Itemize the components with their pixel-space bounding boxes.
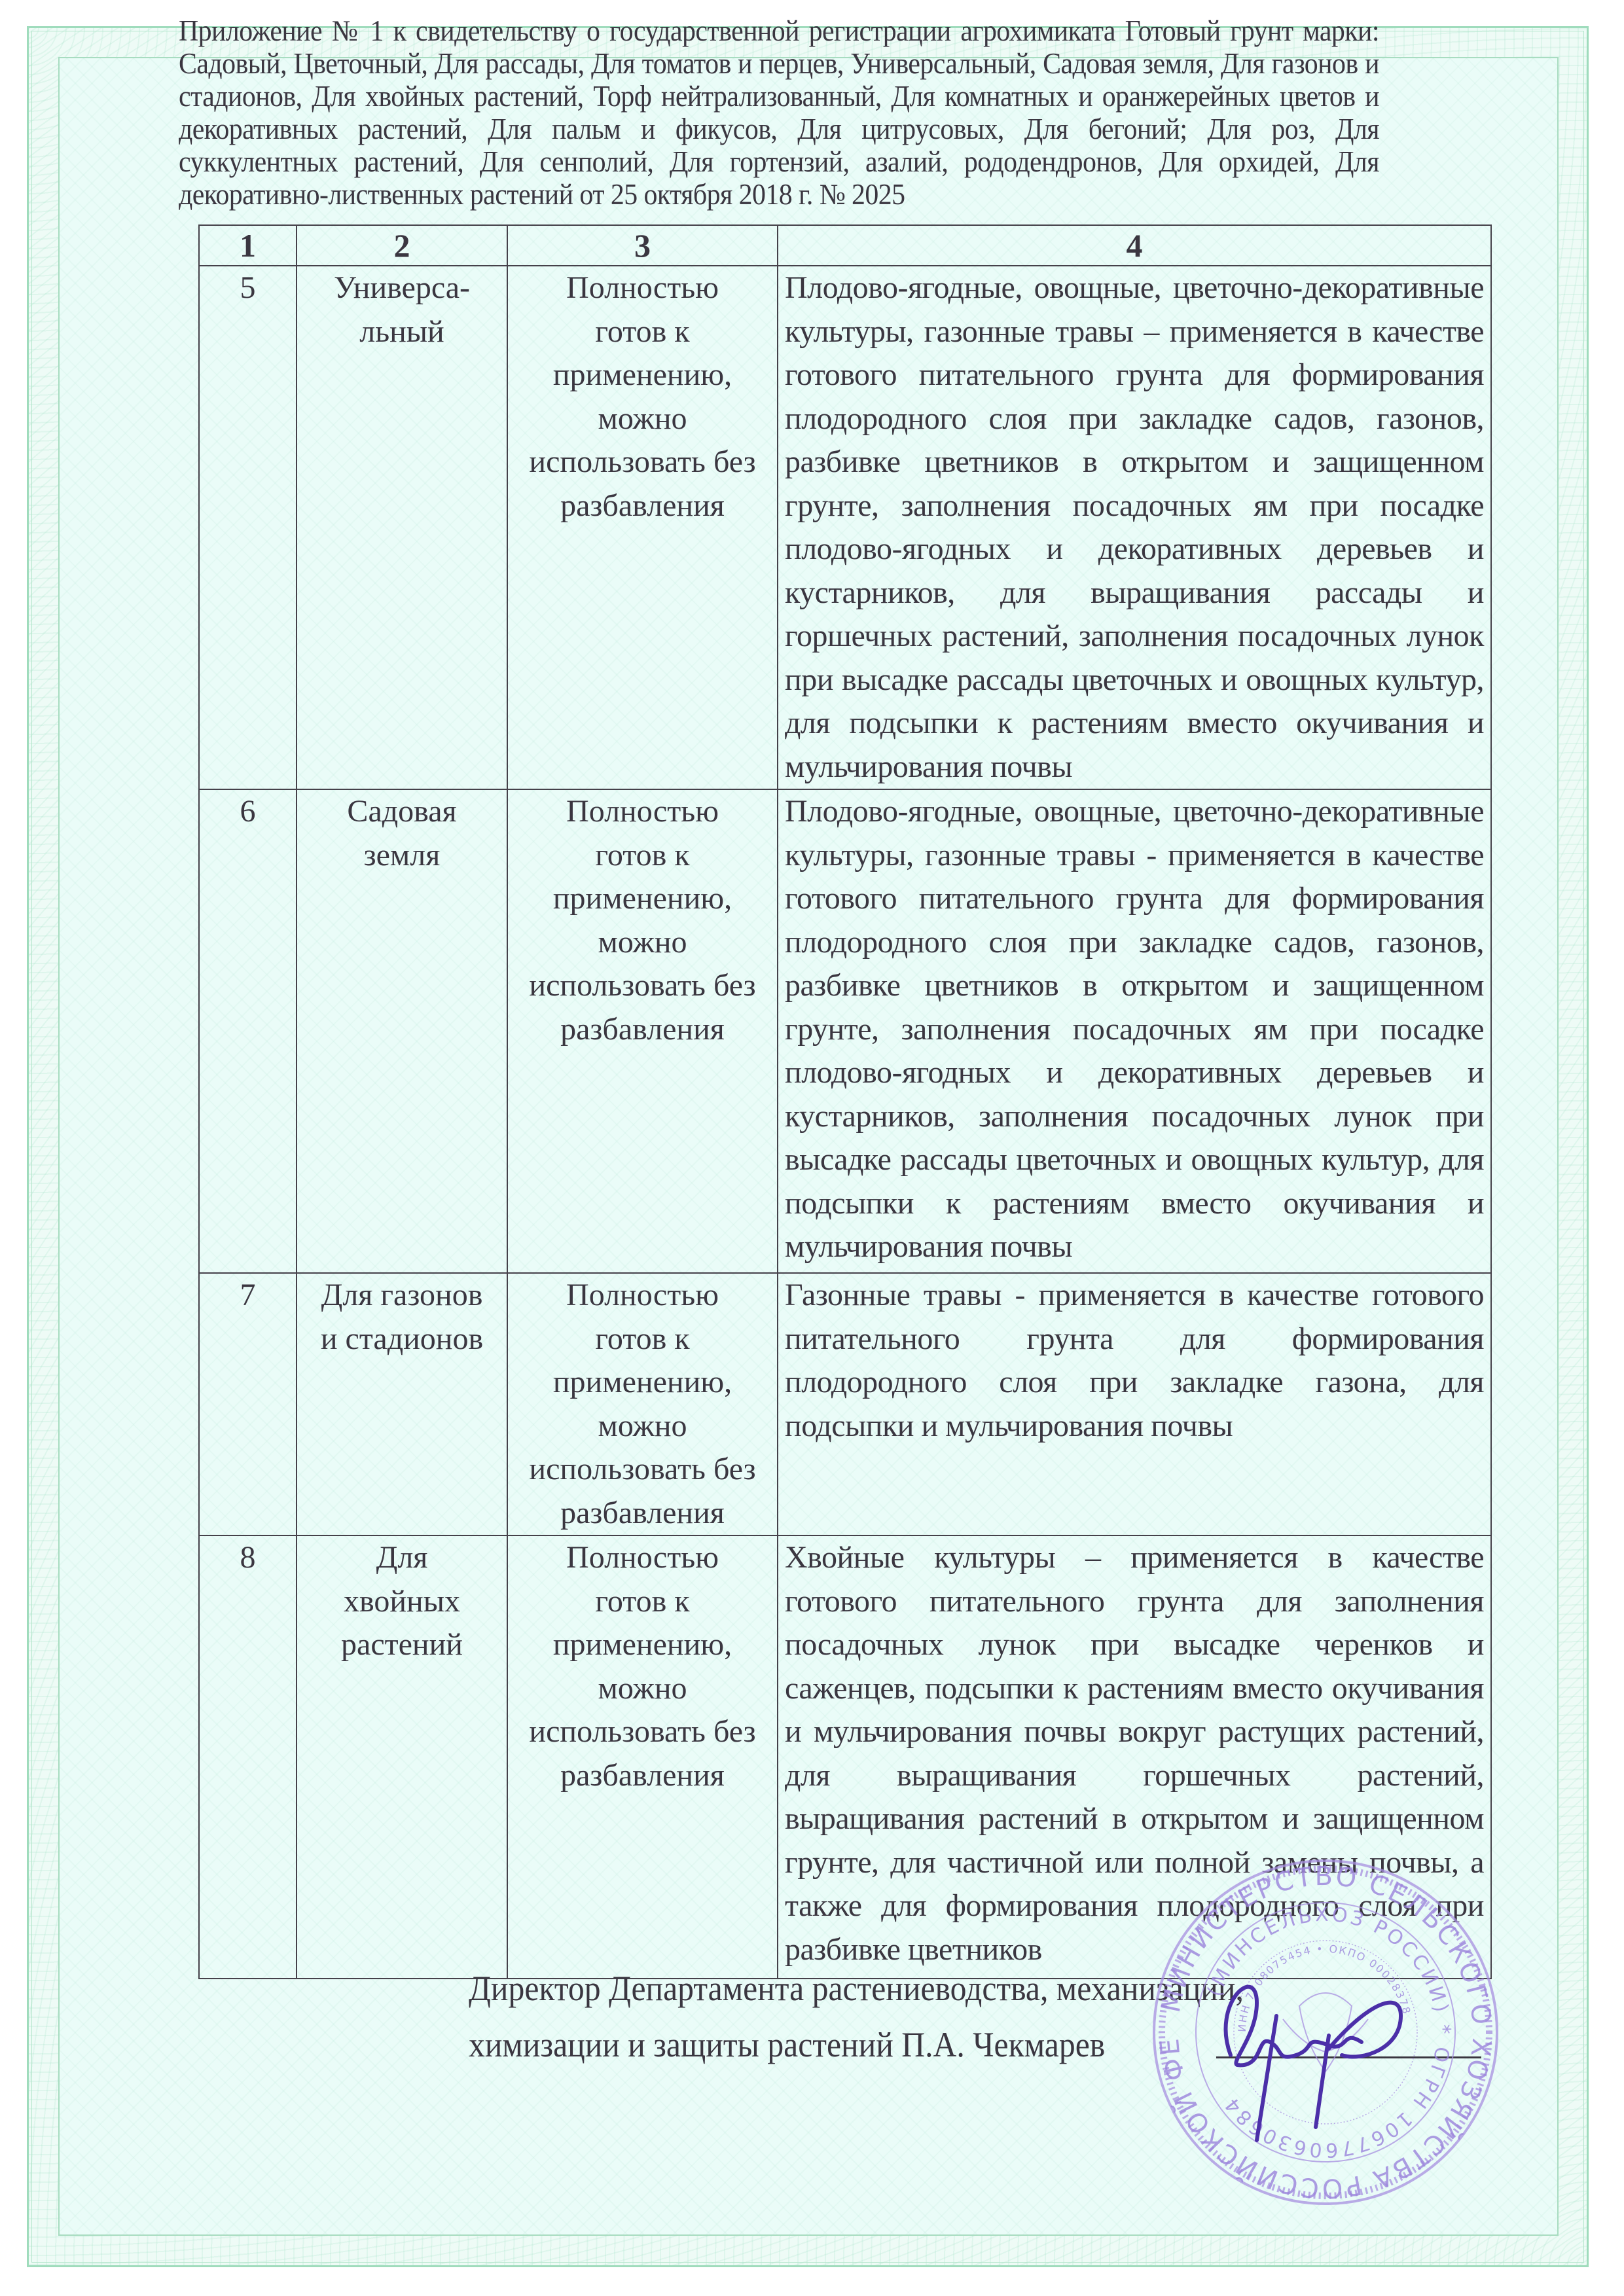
product-name-text: Для газонов и стадионов xyxy=(321,1278,483,1356)
document-header: Приложение № 1 к свидетельству о государ… xyxy=(179,18,1379,211)
application-description-text: Хвойные культуры – применяется в качеств… xyxy=(785,1540,1484,1967)
table-row: 8Для хвойных растенийПолностью готов к п… xyxy=(199,1535,1491,1979)
table-header-row: 1 2 3 4 xyxy=(199,225,1491,266)
application-description: Плодово-ягодные, овощные, цветочно-декор… xyxy=(778,789,1491,1273)
column-header: 4 xyxy=(778,225,1491,266)
table-row: 6Садовая земляПолностью готов к применен… xyxy=(199,789,1491,1273)
row-number-text: 8 xyxy=(240,1540,256,1575)
application-description: Хвойные культуры – применяется в качеств… xyxy=(778,1535,1491,1979)
column-header: 2 xyxy=(297,225,507,266)
row-number: 7 xyxy=(199,1273,297,1535)
product-name-text: Универса- льный xyxy=(334,270,470,349)
signature-block: Директор Департамента растениеводства, м… xyxy=(469,1960,1244,2073)
row-number-text: 6 xyxy=(240,794,256,829)
application-mode: Полностью готов к применению, можно испо… xyxy=(507,789,778,1273)
application-description-text: Газонные травы - применяется в качестве … xyxy=(785,1278,1484,1443)
application-mode: Полностью готов к применению, можно испо… xyxy=(507,1273,778,1535)
application-mode-text: Полностью готов к применению, можно испо… xyxy=(529,1540,755,1793)
row-number-text: 5 xyxy=(240,270,256,305)
product-name: Для газонов и стадионов xyxy=(297,1273,507,1535)
product-name: Садовая земля xyxy=(297,789,507,1273)
product-name-text: Садовая земля xyxy=(347,794,456,872)
application-description-text: Плодово-ягодные, овощные, цветочно-декор… xyxy=(785,794,1484,1264)
row-number-text: 7 xyxy=(240,1278,256,1312)
signature-line xyxy=(1216,2056,1481,2058)
row-number: 6 xyxy=(199,789,297,1273)
header-line-clipped: Приложение № 1 к свидетельству о государ… xyxy=(179,18,1379,47)
header-line-body: Садовый, Цветочный, Для рассады, Для том… xyxy=(179,47,1379,211)
product-name: Универса- льный xyxy=(297,266,507,789)
application-description: Плодово-ягодные, овощные, цветочно-декор… xyxy=(778,266,1491,789)
application-mode: Полностью готов к применению, можно испо… xyxy=(507,1535,778,1979)
signatory-title: Директор Департамента растениеводства, м… xyxy=(469,1960,1244,2017)
row-number: 8 xyxy=(199,1535,297,1979)
column-header: 3 xyxy=(507,225,778,266)
application-mode-text: Полностью готов к применению, можно испо… xyxy=(529,270,755,523)
product-name-text: Для хвойных растений xyxy=(341,1540,463,1662)
registration-table: 1 2 3 4 5Универса- льныйПолностью готов … xyxy=(198,224,1492,1979)
product-name: Для хвойных растений xyxy=(297,1535,507,1979)
table-row: 5Универса- льныйПолностью готов к примен… xyxy=(199,266,1491,789)
table-row: 7Для газонов и стадионовПолностью готов … xyxy=(199,1273,1491,1535)
application-mode-text: Полностью готов к применению, можно испо… xyxy=(529,794,755,1047)
application-description: Газонные травы - применяется в качестве … xyxy=(778,1273,1491,1535)
row-number: 5 xyxy=(199,266,297,789)
column-header: 1 xyxy=(199,225,297,266)
application-description-text: Плодово-ягодные, овощные, цветочно-декор… xyxy=(785,270,1484,784)
application-mode-text: Полностью готов к применению, можно испо… xyxy=(529,1278,755,1530)
signatory-name: химизации и защиты растений П.А. Чекмаре… xyxy=(469,2017,1244,2073)
application-mode: Полностью готов к применению, можно испо… xyxy=(507,266,778,789)
